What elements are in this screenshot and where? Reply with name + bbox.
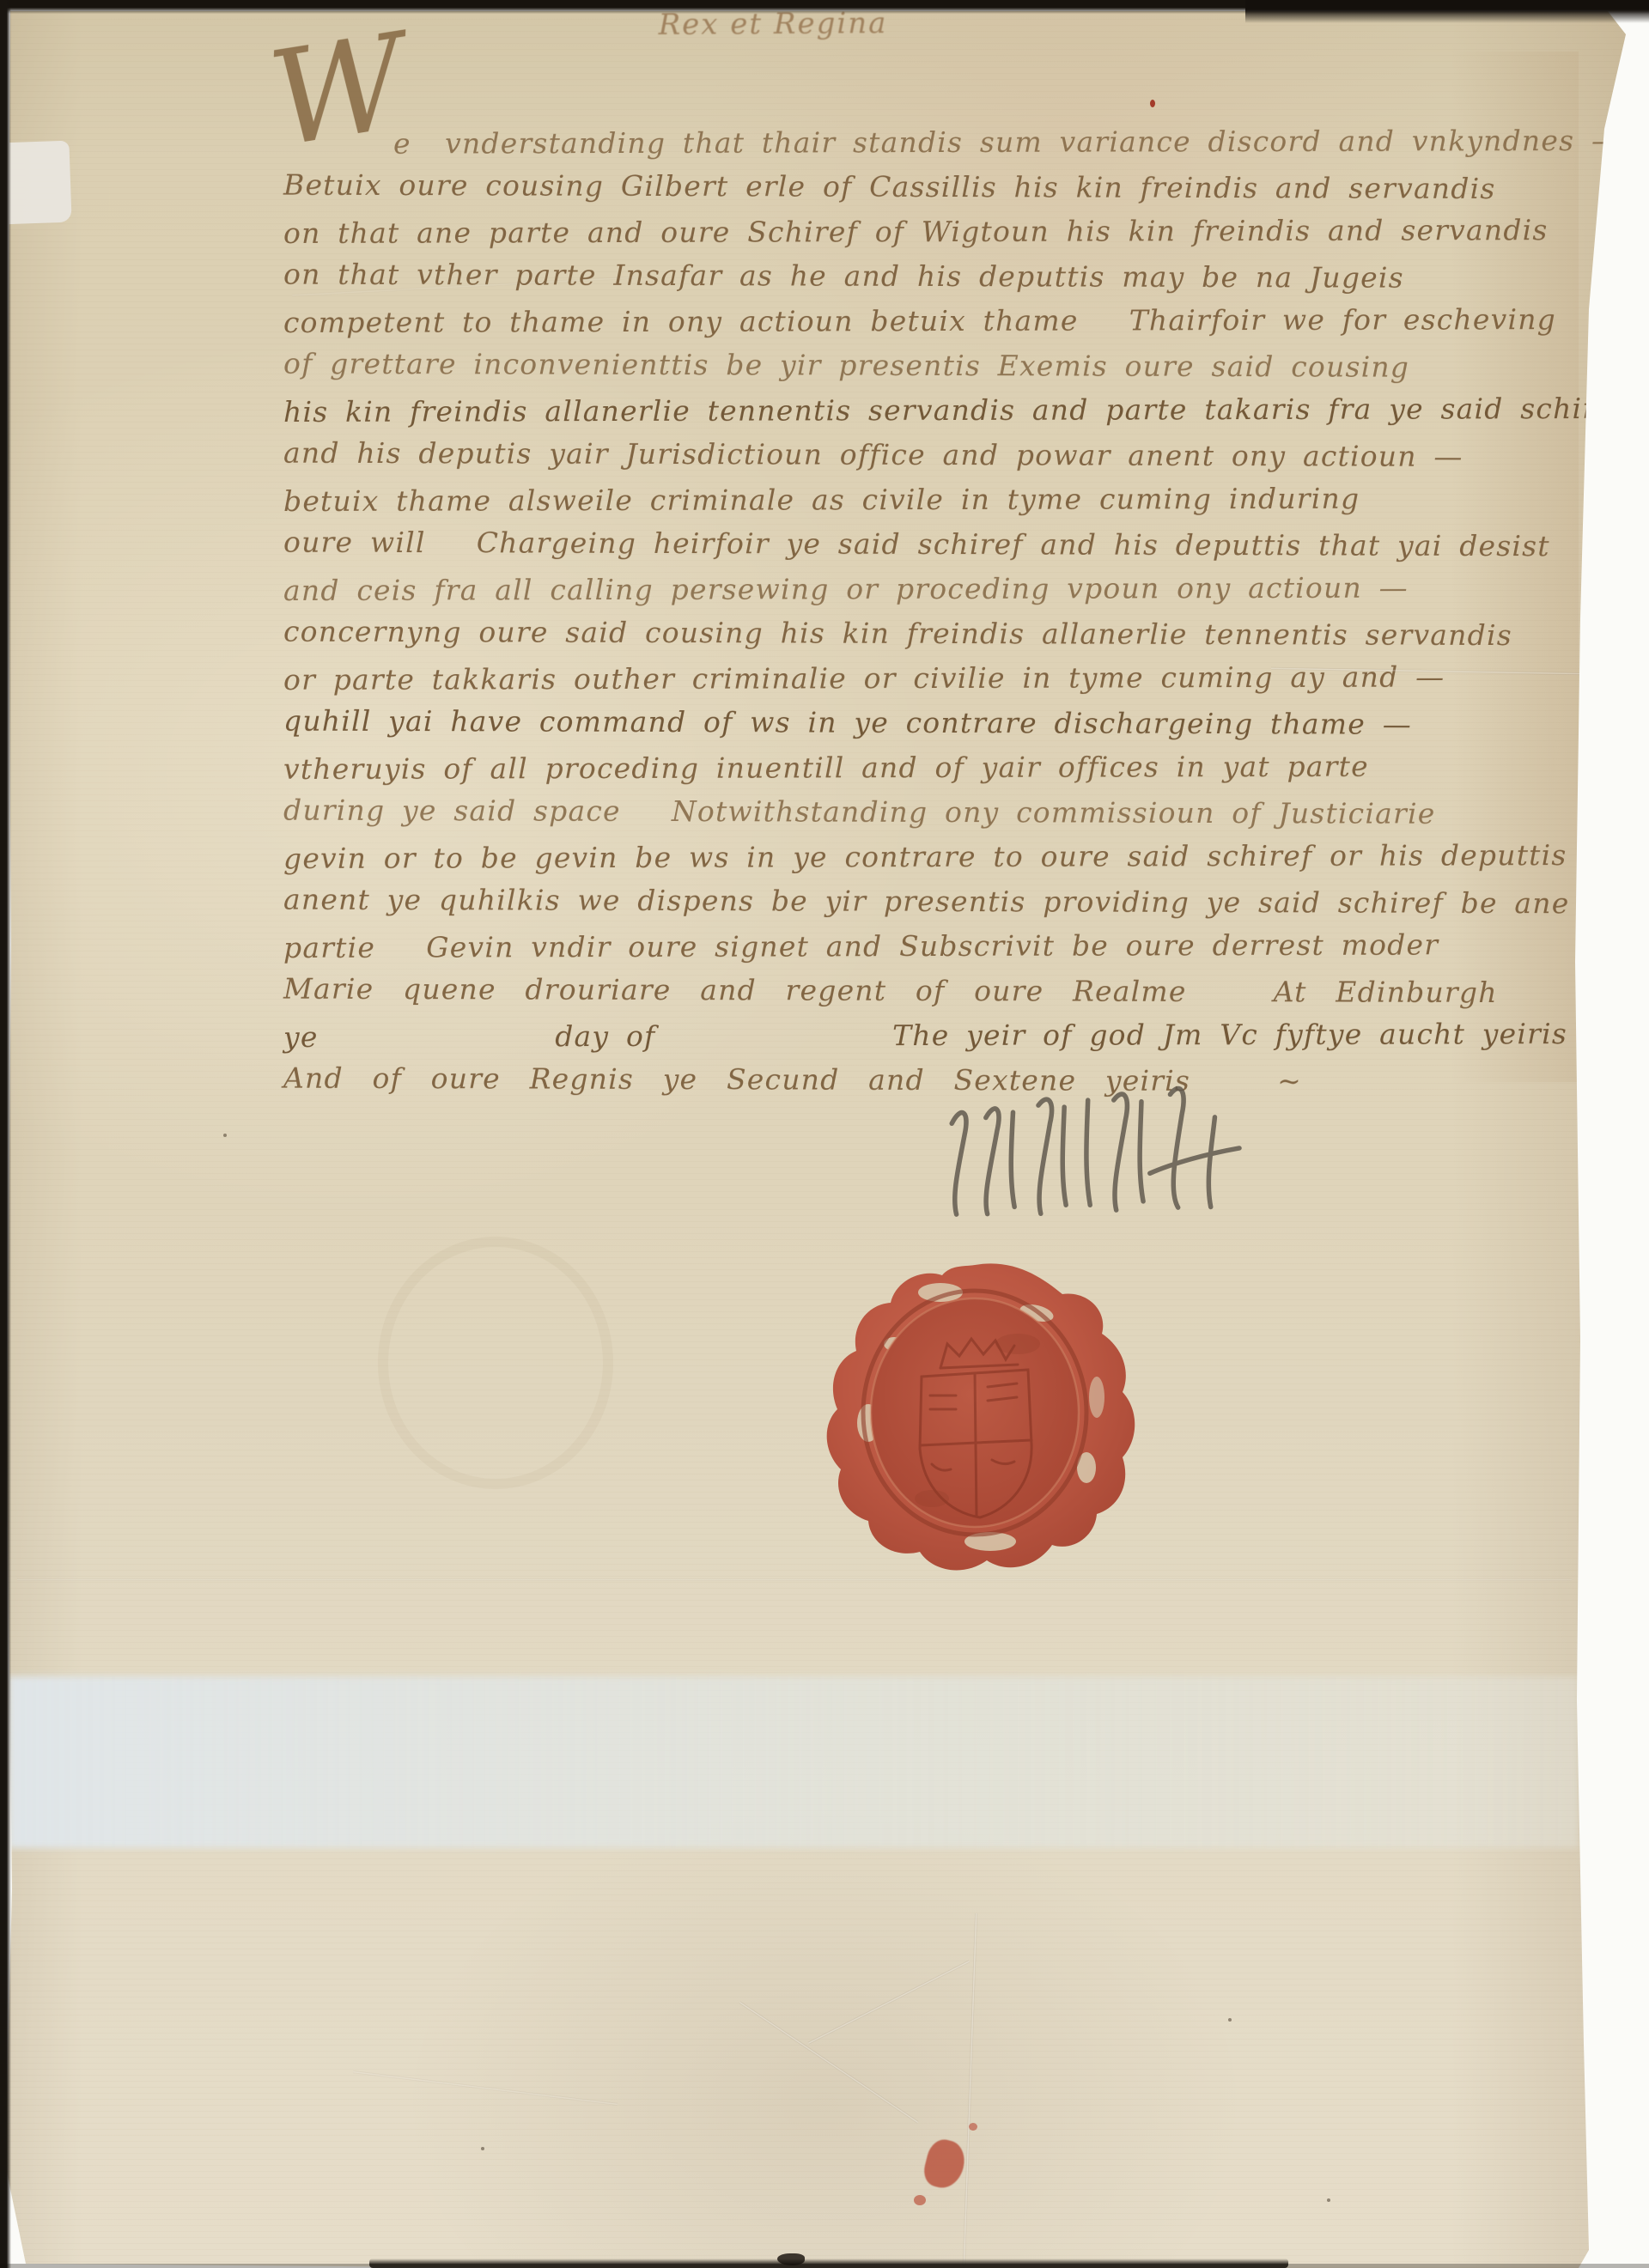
speck (1228, 2018, 1232, 2022)
manuscript-line-11: and ceis fra all calling persewing or pr… (283, 570, 1602, 618)
manuscript-line-10: oure will Chargeing heirfoir ye said sch… (283, 526, 1602, 575)
manuscript-line-14: quhill yai have command of ws in ye cont… (283, 704, 1602, 753)
scanner-edge-top-right (1245, 0, 1649, 23)
red-wax-spot (914, 2195, 926, 2205)
fold-crease (17, 1578, 1572, 1581)
red-wax-spot (969, 2123, 977, 2131)
red-wax-seal (812, 1241, 1138, 1593)
scanner-edge-bottom-faint (0, 2264, 1649, 2268)
red-wax-spot (921, 2137, 969, 2192)
manuscript-line-09: betuix thame alsweile criminale as civil… (283, 481, 1602, 529)
manuscript-line-01: e vnderstanding that thair standis sum v… (283, 124, 1602, 172)
sign-manual-signature (918, 1063, 1289, 1243)
wax-speck-top (1150, 100, 1155, 107)
manuscript-line-18: anent ye quhilkis we dispens be yir pres… (283, 883, 1602, 932)
fold-crease (353, 2070, 618, 2106)
fold-crease (963, 1913, 977, 2265)
speck (223, 1134, 227, 1137)
manuscript-line-15: vtheruyis of all proceding inuentill and… (283, 749, 1602, 797)
manuscript-body: e vnderstanding that thair standis sum v… (283, 125, 1602, 1108)
manuscript-scan: Rex et Regina W e vnderstanding that tha… (0, 0, 1649, 2268)
manuscript-line-06: of grettare inconvenienttis be yir prese… (283, 347, 1602, 396)
manuscript-line-20: Marie quene drouriare and regent of oure… (283, 972, 1602, 1021)
manuscript-line-16: during ye said space Notwithstanding ony… (283, 793, 1602, 842)
manuscript-line-03: on that ane parte and oure Schiref of Wi… (283, 213, 1602, 261)
manuscript-line-07: his kin freindis allanerlie tennentis se… (283, 392, 1602, 440)
repair-tissue-band (9, 1676, 1579, 1848)
manuscript-line-08: and his deputis yair Jurisdictioun offic… (283, 436, 1602, 485)
speck (1327, 2198, 1330, 2202)
scanner-edge-left (0, 0, 11, 2268)
manuscript-line-13: or parte takkaris outher criminalie or c… (283, 660, 1602, 708)
manuscript-line-17: gevin or to be gevin be ws in ye contrar… (283, 838, 1602, 886)
manuscript-line-21-dating: ye day of The yeir of god Jm Vc fyftye a… (283, 1017, 1602, 1065)
ring-stain (378, 1237, 613, 1489)
manuscript-line-02: Betuix oure cousing Gilbert erle of Cass… (283, 168, 1602, 217)
manuscript-line-05: competent to thame in ony actioun betuix… (283, 302, 1602, 350)
parchment-sheet: Rex et Regina W e vnderstanding that tha… (0, 0, 1649, 2268)
speck (481, 2147, 484, 2150)
manuscript-line-12: concernyng oure said cousing his kin fre… (283, 615, 1602, 664)
manuscript-line-04: on that vther parte Insafar as he and hi… (283, 258, 1602, 307)
fold-crease (739, 2001, 919, 2123)
manuscript-line-19: partie Gevin vndir oure signet and Subsc… (283, 927, 1602, 976)
fold-crease (808, 1960, 970, 2044)
